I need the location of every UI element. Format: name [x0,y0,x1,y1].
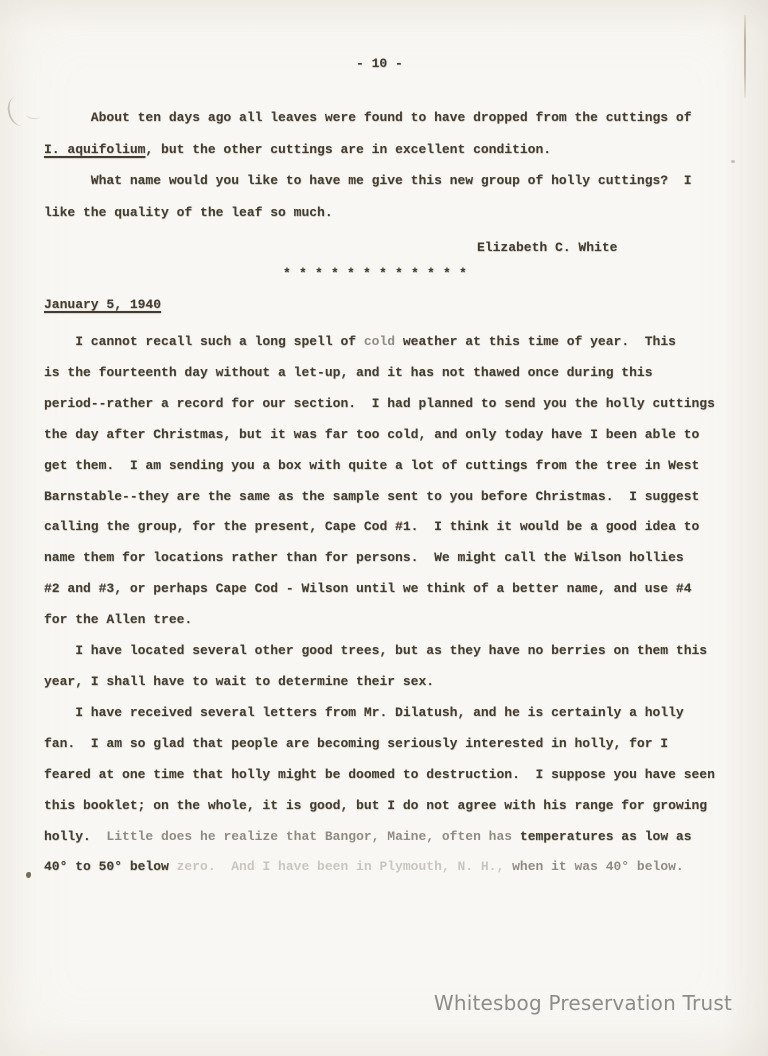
text-line: 40° to 50° below zero. And I have been i… [44,852,715,883]
text-line: holly. Little does he realize that Bango… [44,822,715,853]
text-segment: , but the other cuttings are in excellen… [145,142,551,157]
text-line: fan. I am so glad that people are becomi… [44,729,715,760]
scan-dot-artifact [731,160,735,163]
letter-body-top: About ten days ago all leaves were found… [44,102,692,229]
text-segment: feared at one time that holly might be d… [44,767,715,782]
text-line: period--rather a record for our section.… [44,389,715,420]
text-segment: I have located several other good trees,… [44,643,707,658]
document-page: - 10 - About ten days ago all leaves wer… [0,0,768,1056]
text-line: this booklet; on the whole, it is good, … [44,791,715,822]
text-segment: zero. [177,859,232,874]
page-number: - 10 - [356,56,403,71]
text-line: for the Allen tree. [44,605,715,636]
text-segment: when it was 40° below. [512,859,684,874]
text-line: I have received several letters from Mr.… [44,698,715,729]
text-segment: for the Allen tree. [44,612,192,627]
text-line: name them for locations rather than for … [44,543,715,574]
text-segment: I. aquifolium [44,142,145,157]
text-segment: I have received several letters from Mr.… [44,705,684,720]
text-segment: holly. [44,829,106,844]
text-line: I. aquifolium, but the other cuttings ar… [44,134,692,166]
text-segment: the day after Christmas, but it was far … [44,427,699,442]
watermark: Whitesbog Preservation Trust [434,991,732,1015]
text-segment: I cannot recall such a long spell of [44,334,364,349]
text-line: feared at one time that holly might be d… [44,760,715,791]
asterisk-separator: * * * * * * * * * * * * [283,266,467,281]
text-segment: calling the group, for the present, Cape… [44,519,699,534]
text-segment: year, I shall have to wait to determine … [44,674,434,689]
date-heading: January 5, 1940 [44,297,161,312]
text-segment: period--rather a record for our section.… [44,396,715,411]
text-line: the day after Christmas, but it was far … [44,420,715,451]
text-line: get them. I am sending you a box with qu… [44,451,715,482]
text-segment: weather at this time of year. This [395,334,676,349]
text-line: About ten days ago all leaves were found… [44,102,692,134]
text-segment: Barnstable--they are the same as the sam… [44,489,699,504]
letter-body-main: I cannot recall such a long spell of col… [44,327,715,883]
text-segment: 40° to 50° below [44,859,177,874]
text-line: Barnstable--they are the same as the sam… [44,482,715,513]
signature: Elizabeth C. White [477,240,617,255]
text-segment: About ten days ago all leaves were found… [44,110,692,125]
text-line: I cannot recall such a long spell of col… [44,327,715,358]
text-line: like the quality of the leaf so much. [44,197,692,229]
text-segment: temperatures as low as [520,829,692,844]
text-segment: cold [364,334,395,349]
text-line: #2 and #3, or perhaps Cape Cod - Wilson … [44,574,715,605]
text-line: What name would you like to have me give… [44,165,692,197]
text-segment: And I have been in Plymouth, N. H., [231,859,512,874]
text-segment: get them. I am sending you a box with qu… [44,458,699,473]
text-line: I have located several other good trees,… [44,636,715,667]
text-line: is the fourteenth day without a let-up, … [44,358,715,389]
text-line: year, I shall have to wait to determine … [44,667,715,698]
scan-line-artifact [744,15,746,98]
text-segment: #2 and #3, or perhaps Cape Cod - Wilson … [44,581,692,596]
text-segment: is the fourteenth day without a let-up, … [44,365,653,380]
text-segment: Little does he realize that Bangor, Main… [106,829,519,844]
text-line: calling the group, for the present, Cape… [44,512,715,543]
ink-speck-artifact [26,872,31,878]
text-segment: What name would you like to have me give… [44,173,692,188]
text-segment: like the quality of the leaf so much. [44,205,333,220]
text-segment: name them for locations rather than for … [44,550,684,565]
text-segment: this booklet; on the whole, it is good, … [44,798,707,813]
text-segment: fan. I am so glad that people are becomi… [44,736,668,751]
